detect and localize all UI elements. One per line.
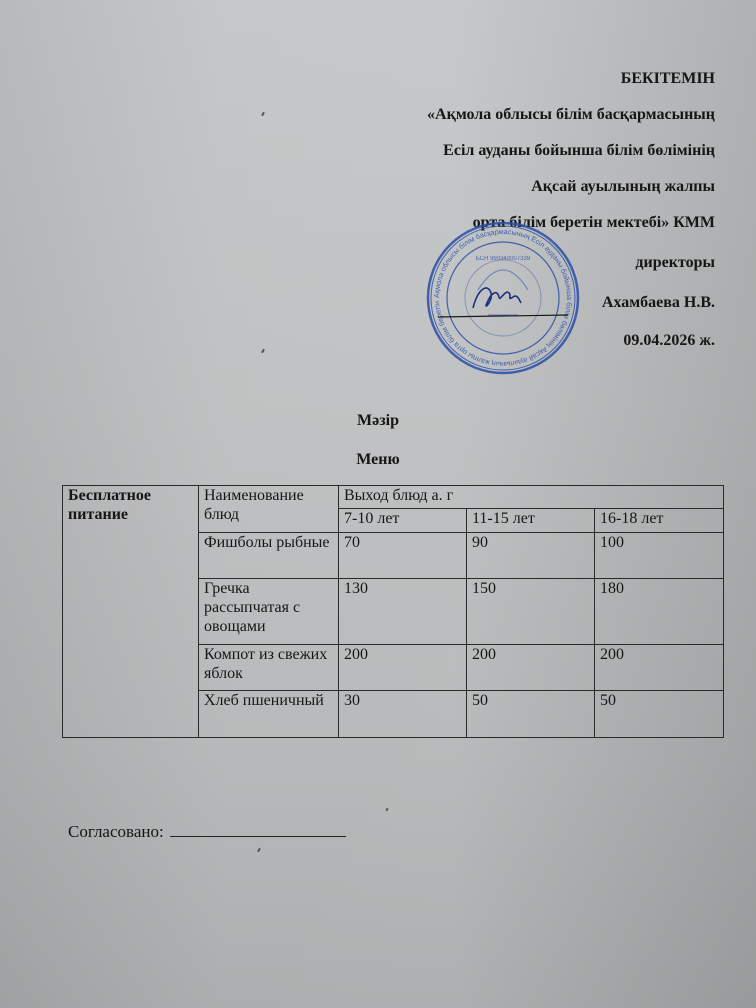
agreed-label: Согласовано: xyxy=(68,822,164,841)
paper-speck xyxy=(261,112,265,116)
agreed-signature-line: Согласовано: xyxy=(68,822,346,842)
dish-name: Фишболы рыбные xyxy=(199,533,339,579)
dish-name: Хлеб пшеничный xyxy=(199,691,339,738)
official-stamp-icon: Ақмола облысы білім басқармасының Есіл а… xyxy=(418,220,588,375)
approval-line: Ақсай ауылының жалпы xyxy=(531,178,715,196)
svg-text:БСН 990340007339: БСН 990340007339 xyxy=(476,256,531,262)
menu-table: Бесплатное питание Наименование блюд Вых… xyxy=(62,485,724,738)
paper-speck xyxy=(385,808,388,812)
approval-line: «Ақмола облысы білім басқармасының xyxy=(427,106,715,124)
yield-value: 180 xyxy=(595,579,724,645)
yield-header: Выход блюд а. г xyxy=(339,486,724,509)
approval-line: Есіл ауданы бойынша білім бөлімінің xyxy=(443,142,715,160)
category-cell: Бесплатное питание xyxy=(63,486,199,738)
approval-line: директоры xyxy=(635,254,715,272)
yield-value: 30 xyxy=(339,691,467,738)
age-group-header: 7-10 лет xyxy=(339,509,467,533)
dish-header: Наименование блюд xyxy=(199,486,339,533)
yield-value: 200 xyxy=(467,645,595,691)
approval-date: 09.04.2026 ж. xyxy=(623,332,715,350)
yield-value: 150 xyxy=(467,579,595,645)
yield-value: 200 xyxy=(339,645,467,691)
age-group-header: 16-18 лет xyxy=(595,509,724,533)
yield-value: 100 xyxy=(595,533,724,579)
menu-title-russian: Меню xyxy=(0,451,756,469)
paper-speck xyxy=(257,848,261,852)
yield-value: 50 xyxy=(467,691,595,738)
signature-blank xyxy=(170,822,346,837)
yield-value: 50 xyxy=(595,691,724,738)
yield-value: 130 xyxy=(339,579,467,645)
yield-value: 90 xyxy=(467,533,595,579)
yield-value: 200 xyxy=(595,645,724,691)
dish-name: Компот из свежих яблок xyxy=(199,645,339,691)
approval-title: БЕКІТЕМІН xyxy=(621,70,715,88)
age-group-header: 11-15 лет xyxy=(467,509,595,533)
dish-name: Гречка рассыпчатая с овощами xyxy=(199,579,339,645)
yield-value: 70 xyxy=(339,533,467,579)
paper-speck xyxy=(261,349,265,353)
director-name: Ахамбаева Н.В. xyxy=(602,294,715,312)
menu-title-kazakh: Мәзір xyxy=(0,412,756,430)
